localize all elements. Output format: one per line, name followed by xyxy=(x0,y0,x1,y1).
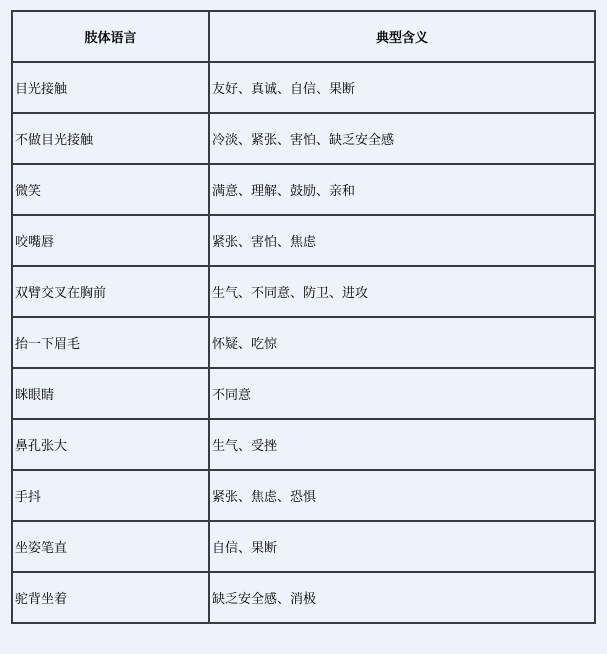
body-language-cell: 微笑 xyxy=(12,164,209,215)
table-row: 驼背坐着 缺乏安全感、消极 xyxy=(12,572,595,623)
table-row: 鼻孔张大 生气、受挫 xyxy=(12,419,595,470)
table-row: 微笑 满意、理解、鼓励、亲和 xyxy=(12,164,595,215)
meaning-cell: 冷淡、紧张、害怕、缺乏安全感 xyxy=(209,113,595,164)
body-language-cell: 手抖 xyxy=(12,470,209,521)
column-header-typical-meaning: 典型含义 xyxy=(209,11,595,62)
table-header: 肢体语言 典型含义 xyxy=(12,11,595,62)
header-row: 肢体语言 典型含义 xyxy=(12,11,595,62)
body-language-cell: 眯眼睛 xyxy=(12,368,209,419)
table-row: 双臂交叉在胸前 生气、不同意、防卫、进攻 xyxy=(12,266,595,317)
body-language-cell: 咬嘴唇 xyxy=(12,215,209,266)
meaning-cell: 缺乏安全感、消极 xyxy=(209,572,595,623)
body-language-cell: 驼背坐着 xyxy=(12,572,209,623)
meaning-cell: 怀疑、吃惊 xyxy=(209,317,595,368)
body-language-cell: 不做目光接触 xyxy=(12,113,209,164)
body-language-cell: 鼻孔张大 xyxy=(12,419,209,470)
body-language-table: 肢体语言 典型含义 目光接触 友好、真诚、自信、果断 不做目光接触 冷淡、紧张、… xyxy=(11,10,596,624)
table-row: 咬嘴唇 紧张、害怕、焦虑 xyxy=(12,215,595,266)
page-content: 肢体语言 典型含义 目光接触 友好、真诚、自信、果断 不做目光接触 冷淡、紧张、… xyxy=(0,0,607,633)
body-language-cell: 抬一下眉毛 xyxy=(12,317,209,368)
meaning-cell: 生气、不同意、防卫、进攻 xyxy=(209,266,595,317)
body-language-cell: 坐姿笔直 xyxy=(12,521,209,572)
meaning-cell: 不同意 xyxy=(209,368,595,419)
meaning-cell: 满意、理解、鼓励、亲和 xyxy=(209,164,595,215)
table-row: 手抖 紧张、焦虑、恐惧 xyxy=(12,470,595,521)
body-language-cell: 目光接触 xyxy=(12,62,209,113)
table-row: 目光接触 友好、真诚、自信、果断 xyxy=(12,62,595,113)
table-row: 抬一下眉毛 怀疑、吃惊 xyxy=(12,317,595,368)
meaning-cell: 紧张、焦虑、恐惧 xyxy=(209,470,595,521)
column-header-body-language: 肢体语言 xyxy=(12,11,209,62)
table-body: 目光接触 友好、真诚、自信、果断 不做目光接触 冷淡、紧张、害怕、缺乏安全感 微… xyxy=(12,62,595,623)
body-language-cell: 双臂交叉在胸前 xyxy=(12,266,209,317)
table-row: 坐姿笔直 自信、果断 xyxy=(12,521,595,572)
meaning-cell: 紧张、害怕、焦虑 xyxy=(209,215,595,266)
table-row: 不做目光接触 冷淡、紧张、害怕、缺乏安全感 xyxy=(12,113,595,164)
meaning-cell: 友好、真诚、自信、果断 xyxy=(209,62,595,113)
meaning-cell: 生气、受挫 xyxy=(209,419,595,470)
table-row: 眯眼睛 不同意 xyxy=(12,368,595,419)
meaning-cell: 自信、果断 xyxy=(209,521,595,572)
